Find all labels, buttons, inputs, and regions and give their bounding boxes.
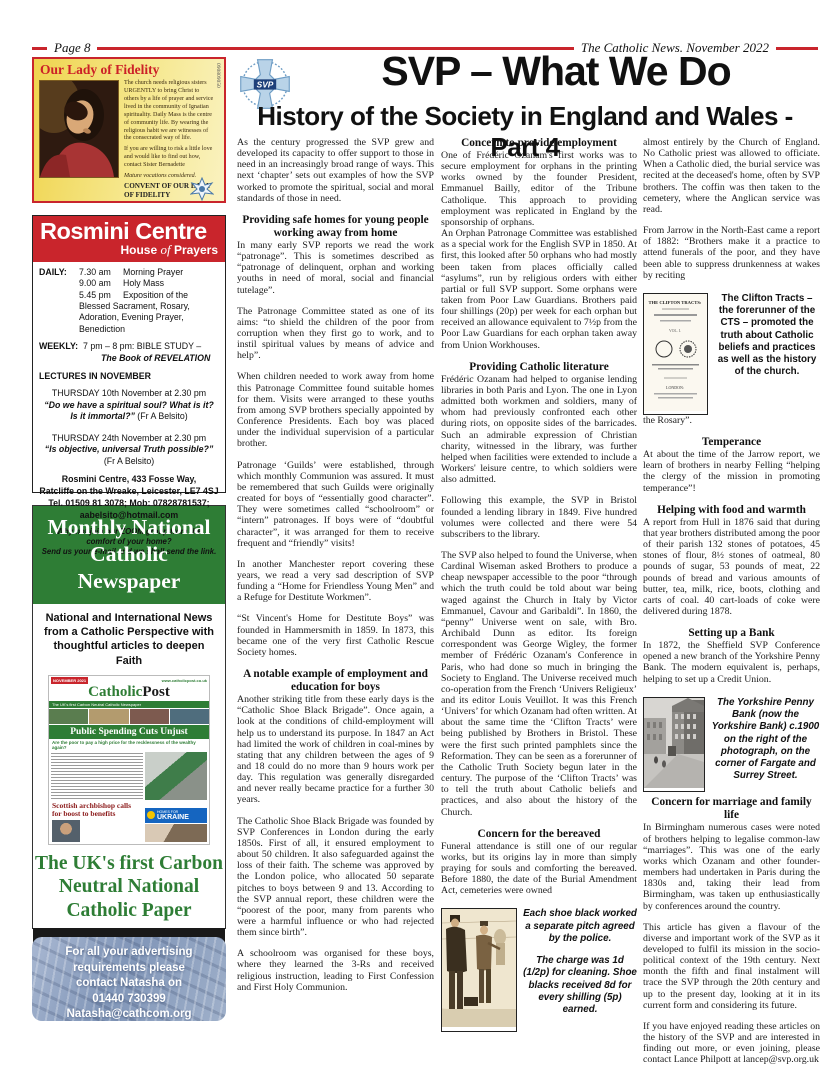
- paragraph: “St Vincent's Home for Destitute Boys” w…: [237, 613, 434, 658]
- rosmini-lecture-speaker: (Fr A Belsito): [135, 411, 188, 421]
- section-heading: Concern to provide employment: [441, 137, 637, 150]
- svp-logo-text: SVP: [257, 80, 274, 90]
- clifton-tracts-cover-image: THE CLIFTON TRACTS: VOL. I. LONDON:: [643, 293, 708, 415]
- clifton-tracts-figure: THE CLIFTON TRACTS: VOL. I. LONDON:: [643, 293, 820, 415]
- rosmini-time: 9.00 am: [79, 278, 123, 289]
- fidelity-ad-body: The church needs religious sisters URGEN…: [124, 80, 214, 201]
- rosmini-event-cont: Blessed Sacrament, Rosary,: [79, 301, 219, 312]
- advertising-phone: 01440 730399: [32, 992, 226, 1008]
- fidelity-ad-code: 090809050: [215, 63, 221, 88]
- shoe-black-caption: Each shoe black worked a separate pitch …: [523, 908, 637, 1026]
- section-heading: A notable example of employment and educ…: [237, 668, 434, 694]
- paragraph: Another striking title from these early …: [237, 694, 434, 806]
- caption-text: The Clifton Tracts – the forerunner of t…: [714, 293, 820, 379]
- paragraph: Frédéric Ozanam had helped to organise l…: [441, 374, 637, 486]
- clifton-cover-volume: VOL. I.: [669, 329, 681, 333]
- thumb-ukraine-label: UKRAINE: [157, 814, 189, 821]
- rosmini-event: Morning Prayer: [123, 267, 219, 278]
- rosmini-weekly-text: 7 pm – 8 pm: BIBLE STUDY –: [83, 341, 201, 352]
- thumb-subheadline: Are the poor to pay a high price for the…: [49, 739, 209, 751]
- rosmini-event: Exposition of the: [123, 290, 219, 301]
- thumb-masthead: CatholicPost: [49, 685, 209, 700]
- caption-text: The charge was 1d (1/2p) for cleaning. S…: [523, 955, 637, 1016]
- section-heading: Helping with food and warmth: [643, 504, 820, 517]
- thumb-portrait-photo: [52, 820, 80, 842]
- catholic-post-tagline: National and International News from a C…: [33, 604, 225, 673]
- thumb-photo: [89, 709, 128, 724]
- paragraph: In Birmingham numerous cases were noted …: [643, 822, 820, 911]
- ad-our-lady-of-fidelity: Our Lady of Fidelity 090809050: [32, 57, 226, 203]
- article-title: SVP – What We Do: [300, 48, 812, 95]
- fidelity-paragraph: If you are willing to risk a little love…: [124, 146, 214, 170]
- paragraph: From Jarrow in the North-East came a rep…: [643, 225, 820, 281]
- thumb-text-columns: [51, 752, 143, 800]
- ad-catholic-post: Monthly National Catholic Newspaper Nati…: [32, 505, 226, 929]
- madonna-painting-image: [39, 80, 119, 178]
- clifton-cover-title: THE CLIFTON TRACTS:: [649, 300, 702, 305]
- paragraph: In another Manchester report covering th…: [237, 559, 434, 604]
- paragraph: The SVP also helped to found the Univers…: [441, 550, 637, 818]
- ad-advertising-contact: For all your advertising requirements pl…: [32, 937, 226, 1021]
- caption-text: The Yorkshire Penny Bank (now the Yorksh…: [711, 697, 820, 783]
- rosmini-lecture-1: THURSDAY 10th November at 2.30 pm “Do we…: [39, 388, 219, 422]
- rosmini-lecture-2: THURSDAY 24th November at 2.30 pm “Is ob…: [39, 433, 219, 467]
- carbon-neutral-text: The UK's first Carbon Neutral National C…: [33, 845, 225, 928]
- fidelity-address-1: 1 Our Lady's Close, Upper Norwood,: [40, 202, 214, 203]
- page-number: Page 8: [54, 40, 90, 56]
- rosmini-event: Holy Mass: [123, 278, 219, 289]
- rosmini-lecture-topic: “Is objective, universal Truth possible?…: [39, 444, 219, 455]
- thumb-ukraine-banner: HOMES FOR UKRAINE: [145, 808, 207, 823]
- paragraph: At about the time of the Jarrow report, …: [643, 449, 820, 494]
- rosmini-subtitle-prayers: Prayers: [171, 243, 218, 257]
- paragraph: In 1872, the Sheffield SVP Conference op…: [643, 640, 820, 685]
- rosmini-lectures-heading: LECTURES IN NOVEMBER: [39, 371, 219, 382]
- rosmini-subtitle-house: House: [120, 243, 160, 257]
- paragraph: If you have enjoyed reading these articl…: [643, 1021, 820, 1065]
- paragraph: This article has given a flavour of the …: [643, 922, 820, 1011]
- rosmini-lecture-date: THURSDAY 10th November at 2.30 pm: [39, 388, 219, 399]
- article-column-1: As the century progressed the SVP grew a…: [237, 137, 434, 1065]
- thumb-story-headline: Scottish archbishop calls for boost to b…: [49, 801, 145, 819]
- rosmini-lecture-speaker: (Fr A Belsito): [39, 456, 219, 467]
- paragraph: A report from Hull in 1876 said that dur…: [643, 517, 820, 617]
- rosmini-weekly-label: WEEKLY:: [39, 341, 83, 352]
- paragraph: The Catholic Shoe Black Brigade was foun…: [237, 816, 434, 939]
- thumb-photo: [130, 709, 169, 724]
- thumb-strip: The UK's first Carbon Neutral Catholic N…: [49, 701, 209, 708]
- fidelity-paragraph: The church needs religious sisters URGEN…: [124, 80, 214, 143]
- thumb-photo: [49, 709, 88, 724]
- rosmini-weekly-book: The Book of REVELATION: [101, 353, 219, 364]
- newspaper-page: Page 8 The Catholic News. November 2022 …: [0, 0, 840, 1067]
- catholic-post-ad-heading-line: Monthly National: [37, 514, 221, 541]
- rosmini-event-cont: Adoration, Evening Prayer,: [79, 312, 219, 323]
- penny-bank-caption: The Yorkshire Penny Bank (now the Yorksh…: [711, 697, 820, 793]
- catholic-post-front-page-image: NOVEMBER 2021 www.catholicpost.co.uk Cat…: [48, 675, 210, 845]
- rosmini-address-line: Rosmini Centre, 433 Fosse Way,: [39, 474, 219, 486]
- rosmini-address-line: Ratcliffe on the Wreake, Leicester, LE7 …: [39, 486, 219, 498]
- section-heading: Concern for marriage and family life: [643, 796, 820, 822]
- rosmini-header: Rosmini Centre House of Prayers: [33, 216, 225, 262]
- caption-text: Each shoe black worked a separate pitch …: [523, 908, 637, 945]
- yorkshire-penny-bank-photo: [643, 697, 705, 792]
- thumb-masthead-catholic: Catholic: [88, 684, 142, 700]
- paragraph: Patronage ‘Guilds’ were established, thr…: [237, 460, 434, 549]
- paragraph: An Orphan Patronage Committee was establ…: [441, 228, 637, 351]
- carbon-line: Catholic Paper: [35, 899, 223, 922]
- fidelity-ad-title: Our Lady of Fidelity: [40, 62, 214, 78]
- rosmini-time: 7.30 am: [79, 267, 123, 278]
- article-column-2: Concern to provide employment One of Fré…: [441, 137, 637, 1065]
- section-heading: Providing safe homes for young people wo…: [237, 214, 434, 240]
- thumb-photo-row: [49, 709, 209, 724]
- shoe-black-engraving-image: [441, 908, 517, 1031]
- rule-left: [32, 47, 47, 50]
- carbon-line: The UK's first Carbon: [35, 852, 223, 875]
- paragraph: One of Frédéric Ozanam's first works was…: [441, 150, 637, 228]
- section-heading: Setting up a Bank: [643, 627, 820, 640]
- carbon-line: Neutral National: [35, 875, 223, 898]
- penny-bank-figure: The Yorkshire Penny Bank (now the Yorksh…: [643, 697, 820, 793]
- advertising-line: requirements please: [32, 961, 226, 977]
- convent-crest-icon: [190, 177, 214, 201]
- advertising-contact-text: For all your advertising requirements pl…: [32, 937, 226, 1021]
- ad-rosmini-centre: Rosmini Centre House of Prayers DAILY:7.…: [32, 215, 226, 493]
- thumb-headline-banner: Public Spending Cuts Unjust: [49, 725, 209, 739]
- rosmini-lecture-topic: “Do we have a spiritual soul? What is it…: [39, 400, 219, 411]
- rosmini-event-cont: Benediction: [79, 324, 219, 335]
- advertising-email: Natasha@cathcom.org: [32, 1007, 226, 1021]
- thumb-warehouse-photo: [145, 752, 207, 800]
- paragraph: A schoolroom was organised for these boy…: [237, 948, 434, 993]
- clifton-cover-imprint: LONDON:: [666, 385, 684, 390]
- paragraph: The Patronage Committee stated as one of…: [237, 306, 434, 362]
- article-column-3: almost entirely by the Church of England…: [643, 137, 820, 1065]
- paragraph: When children needed to work away from h…: [237, 371, 434, 449]
- rosmini-phone: Tel. 01509 81 3078; Mob: 07828781537;: [39, 498, 219, 510]
- thumb-date-badge: NOVEMBER 2021: [51, 677, 88, 684]
- rosmini-lecture-topic: Is it immortal?”: [70, 411, 135, 421]
- rosmini-time: 5.45 pm: [79, 290, 123, 301]
- paragraph: Funeral attendance is still one of our r…: [441, 841, 637, 897]
- paragraph: Following this example, the SVP in Brist…: [441, 495, 637, 540]
- sun-icon: [147, 811, 155, 819]
- paragraph: In many early SVP reports we read the wo…: [237, 240, 434, 296]
- advertising-line: For all your advertising: [32, 945, 226, 961]
- thumb-photo: [170, 709, 209, 724]
- rosmini-subtitle-of: of: [161, 242, 171, 257]
- clifton-tracts-caption: The Clifton Tracts – the forerunner of t…: [714, 293, 820, 389]
- paragraph: the Rosary”.: [643, 415, 820, 426]
- thumb-masthead-post: Post: [142, 684, 170, 700]
- paragraph: As the century progressed the SVP grew a…: [237, 137, 434, 204]
- paragraph: almost entirely by the Church of England…: [643, 137, 820, 215]
- thumb-family-photo: [145, 824, 207, 842]
- rosmini-lecture-date: THURSDAY 24th November at 2.30 pm: [39, 433, 219, 444]
- shoe-black-figure: Each shoe black worked a separate pitch …: [441, 908, 637, 1031]
- advertising-line: contact Natasha on: [32, 976, 226, 992]
- section-heading: Temperance: [643, 436, 820, 449]
- section-heading: Concern for the bereaved: [441, 828, 637, 841]
- rosmini-subtitle: House of Prayers: [40, 242, 218, 258]
- section-heading: Providing Catholic literature: [441, 361, 637, 374]
- rosmini-daily-label: DAILY:: [39, 267, 79, 278]
- sidebar-ads: Our Lady of Fidelity 090809050: [32, 57, 226, 1021]
- rosmini-title: Rosmini Centre: [40, 219, 218, 244]
- thumb-url: www.catholicpost.co.uk: [162, 678, 207, 683]
